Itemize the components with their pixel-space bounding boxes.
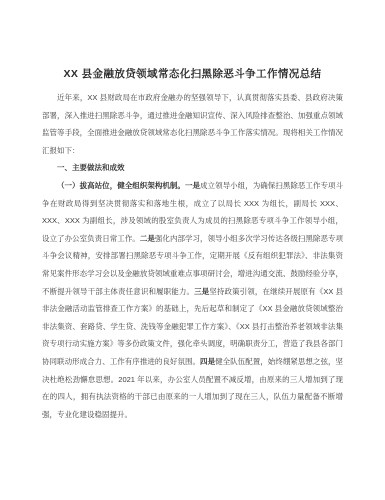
document-page: XX 县金融放贷领域常态化扫黑除恶斗争工作情况总结 近年来，XX 县财政局在市政… xyxy=(0,0,385,500)
point4-label: 四是 xyxy=(200,357,215,366)
section-heading: 一、主要做法和成效 xyxy=(42,159,343,177)
body-paragraph: （一）拔高站位，健全组织架构机制。一是成立领导小组，为确保扫黑除恶工作专项斗争在… xyxy=(42,177,343,423)
subsection-heading: （一）拔高站位，健全组织架构机制。 xyxy=(57,181,185,190)
document-title: XX 县金融放贷领域常态化扫黑除恶斗争工作情况总结 xyxy=(42,66,343,82)
intro-paragraph: 近年来，XX 县财政局在市政府金融办的坚强领导下，认真贯彻落实县委、县政府决策部… xyxy=(42,89,343,159)
point3-text: 坚持政策引领，在继续开展原有《XX 县非法金融活动监管排查工作方案》的基础上，先… xyxy=(42,287,343,366)
point4-text: 健全队伍配置，始终绷紧思想之弦，坚决杜绝松劲懈怠思想。2021 年以来，办公室人… xyxy=(42,357,343,419)
point1-label: 一是 xyxy=(185,181,200,190)
point2-label: 二是 xyxy=(140,234,155,243)
point3-label: 三是 xyxy=(194,287,209,296)
